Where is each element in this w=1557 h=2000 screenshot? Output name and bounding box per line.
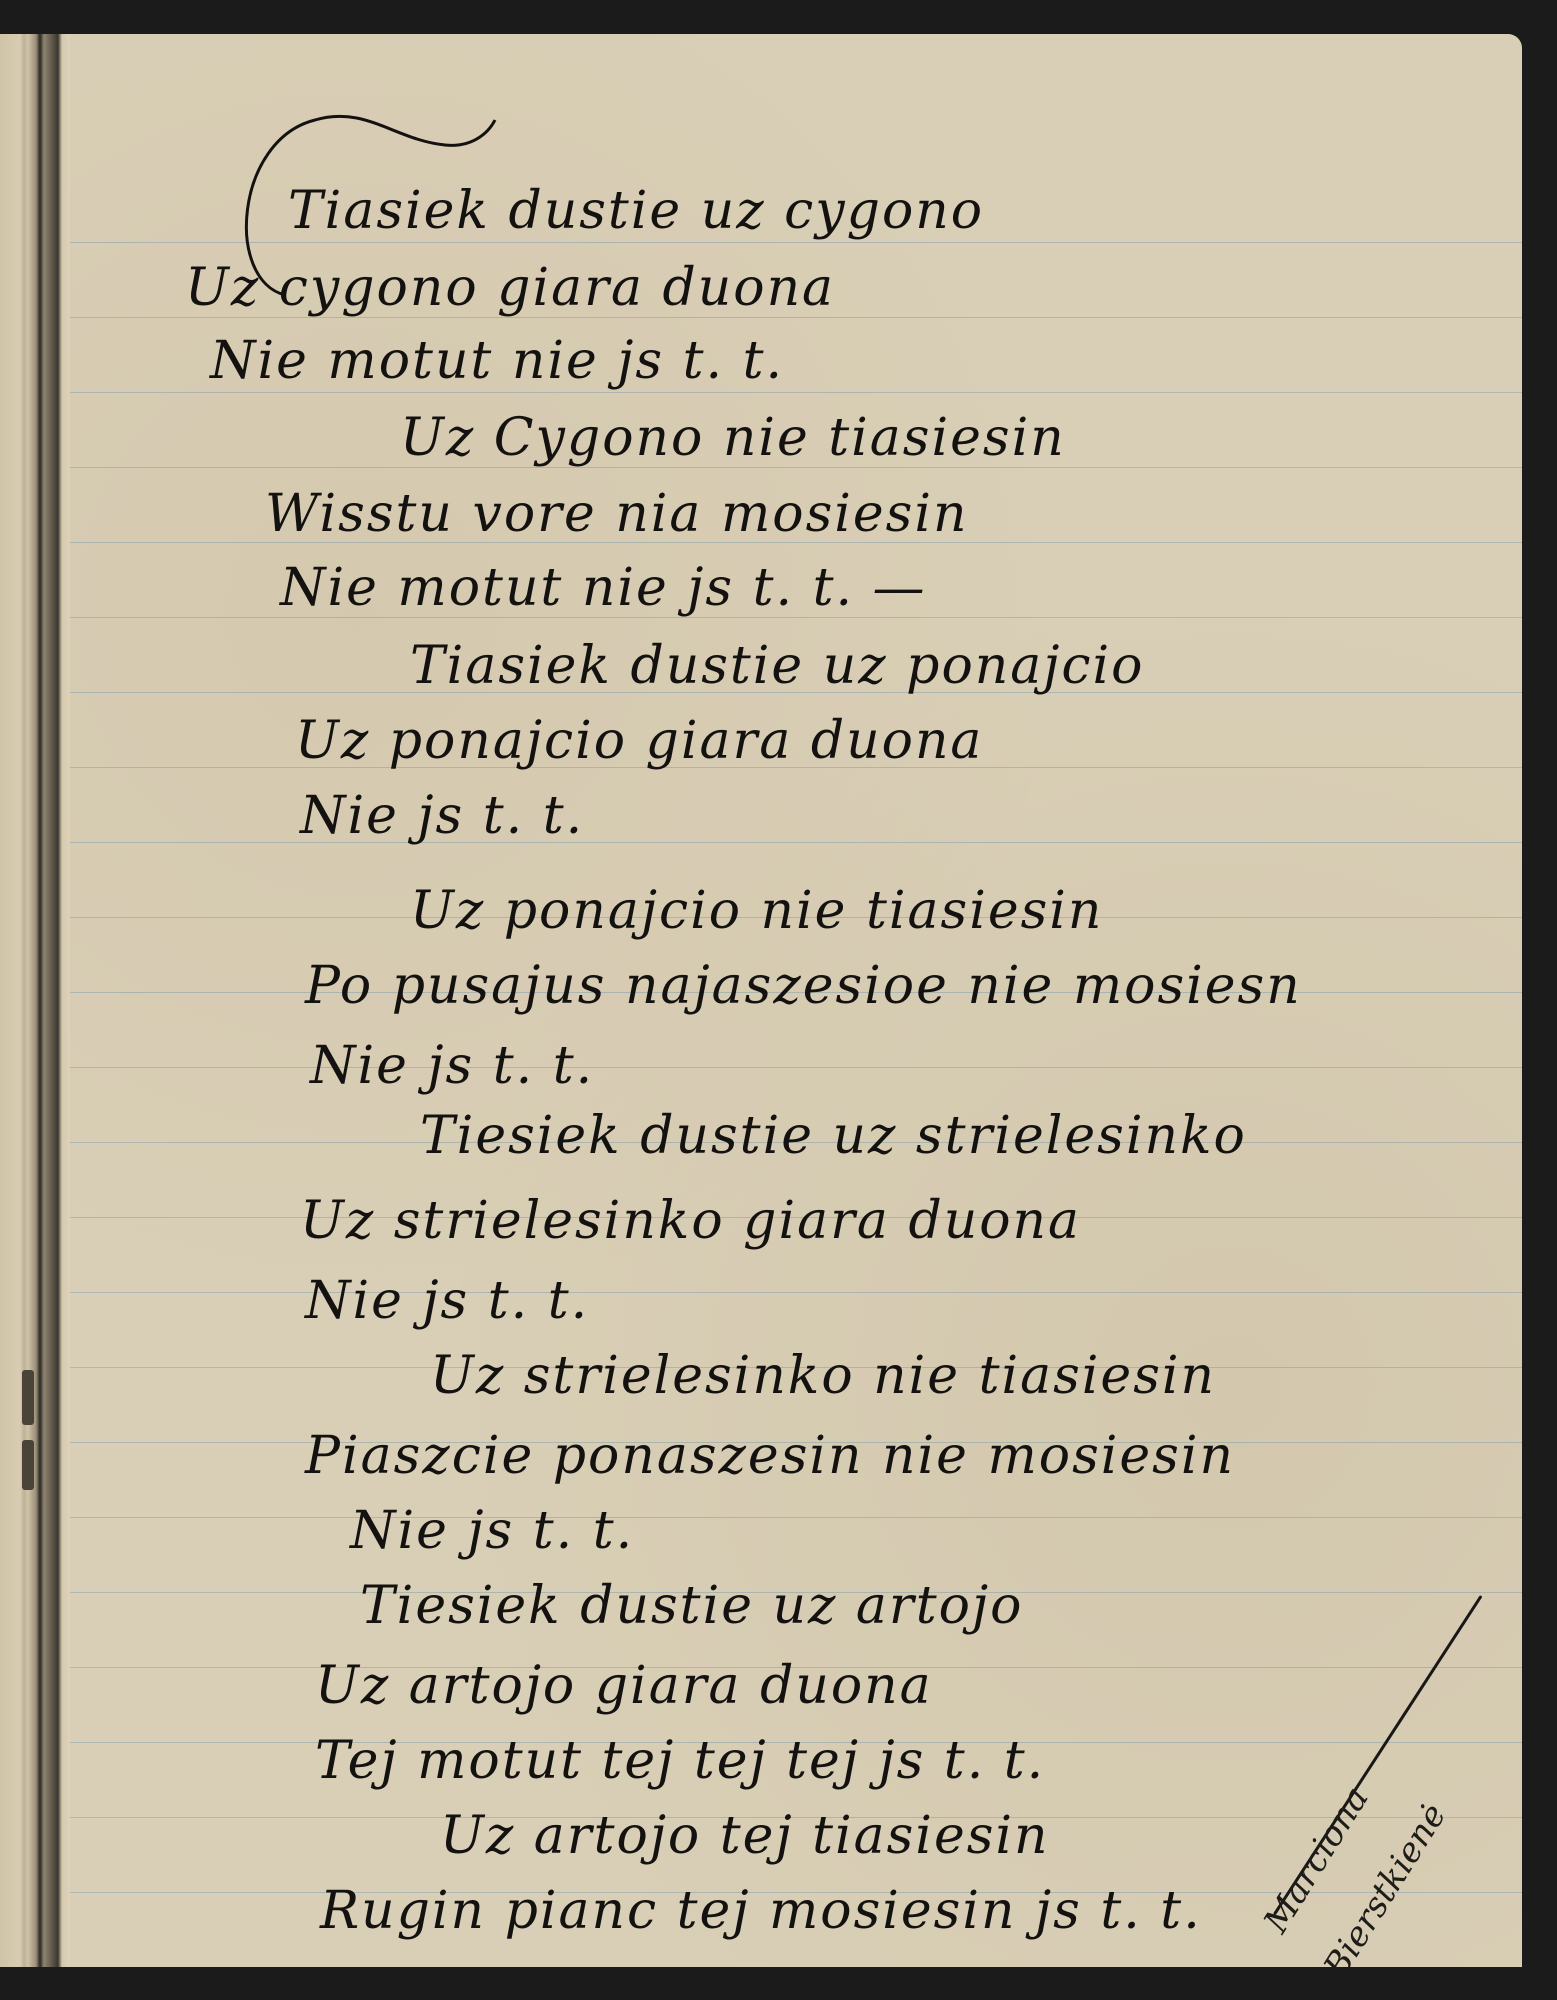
- text-line: Wisstu vore nia mosiesin: [265, 488, 968, 540]
- text-line: Tiasiek dustie uz ponajcio: [410, 640, 1144, 692]
- text-line: Nie js t. t.: [350, 1505, 634, 1557]
- text-line: Nie js t. t.: [305, 1275, 589, 1327]
- ruled-line: [70, 1292, 1522, 1293]
- text-line: Tiesiek dustie uz strielesinko: [420, 1110, 1247, 1162]
- notebook-spine: [0, 34, 70, 1967]
- ruled-line: [70, 842, 1522, 843]
- text-line: Rugin pianc tej mosiesin js t. t.: [320, 1885, 1202, 1937]
- text-line: Uz ponajcio nie tiasiesin: [410, 885, 1103, 937]
- text-line: Tiesiek dustie uz artojo: [360, 1580, 1023, 1632]
- binding-clip: [22, 1440, 34, 1490]
- text-line: Uz strielesinko nie tiasiesin: [430, 1350, 1216, 1402]
- text-line: Nie motut nie js t. t. —: [280, 562, 927, 614]
- text-line: Uz strielesinko giara duona: [300, 1195, 1081, 1247]
- ruled-line: [70, 1517, 1522, 1518]
- text-line: Tiasiek dustie uz cygono: [288, 185, 984, 237]
- text-line: Uz artojo giara duona: [315, 1660, 933, 1712]
- text-line: Nie motut nie js t. t.: [210, 335, 784, 387]
- text-line: Nie js t. t.: [310, 1040, 594, 1092]
- text-line: Tej motut tej tej tej js t. t.: [315, 1735, 1045, 1787]
- ruled-line: [70, 392, 1522, 393]
- ruled-line: [70, 1067, 1522, 1068]
- text-line: Uz artojo tej tiasiesin: [440, 1810, 1050, 1862]
- text-line: Uz Cygono nie tiasiesin: [400, 412, 1066, 464]
- text-line: Po pusajus najaszesioe nie mosiesn: [305, 960, 1302, 1012]
- text-line: Uz cygono giara duona: [185, 262, 835, 314]
- text-line: Piaszcie ponaszesin nie mosiesin: [305, 1430, 1235, 1482]
- text-line: Nie js t. t.: [300, 790, 584, 842]
- binding-clip: [22, 1370, 34, 1425]
- text-line: Uz ponajcio giara duona: [295, 715, 983, 767]
